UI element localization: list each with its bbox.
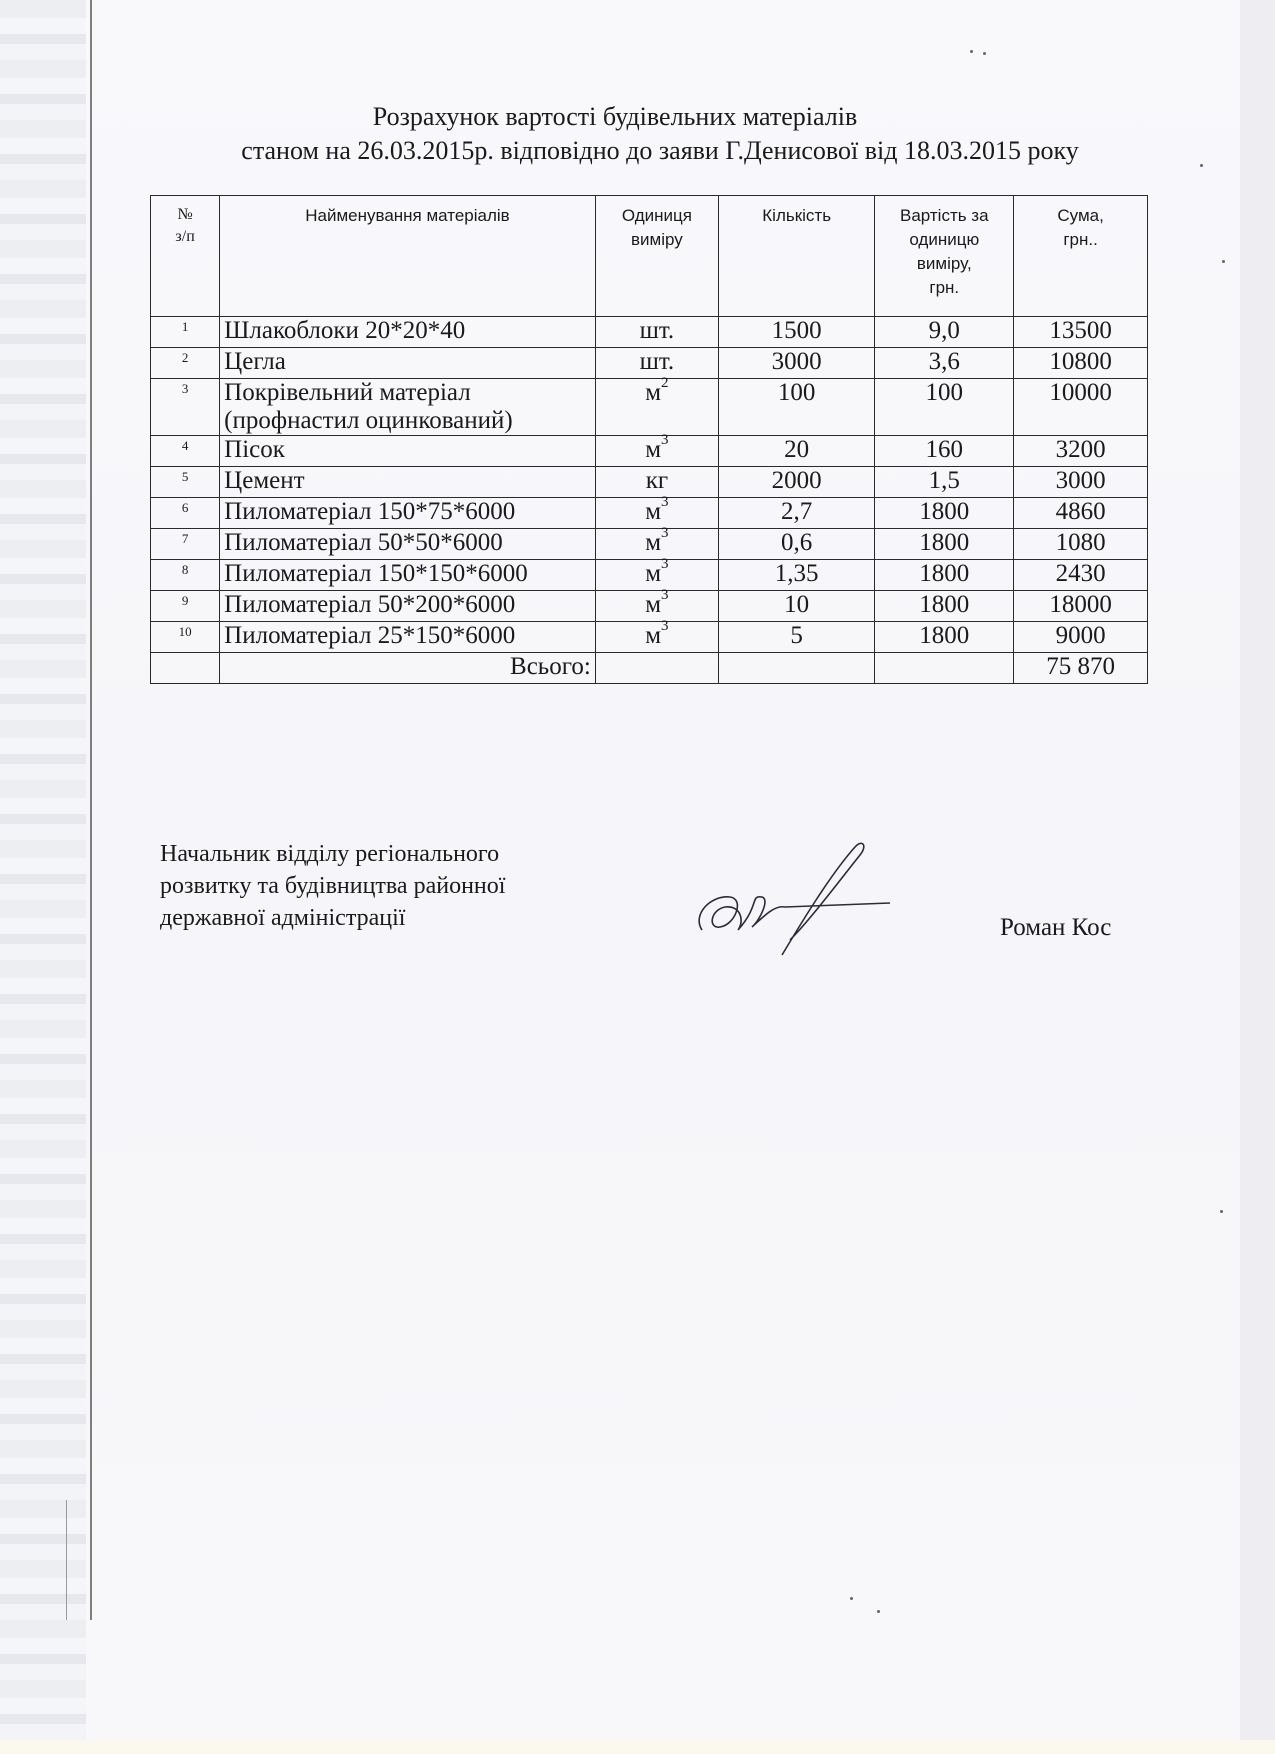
unit-price: 1800 [875,529,1014,560]
total-empty-cell [151,653,220,684]
header-quantity: Кількість [719,196,875,317]
unit-price: 1800 [875,591,1014,622]
row-number: 2 [151,348,220,379]
unit-price: 1800 [875,560,1014,591]
row-sum: 2430 [1014,560,1148,591]
table-row: 10Пиломатеріал 25*150*6000м3518009000 [151,622,1148,653]
total-label: Всього: [220,653,596,684]
material-name: Пиломатеріал 150*75*6000 [220,498,596,529]
unit-price: 9,0 [875,317,1014,348]
unit-of-measure: м3 [595,560,718,591]
total-empty-cell [875,653,1014,684]
scan-bottom-margin [0,1740,1275,1754]
row-number: 3 [151,379,220,436]
row-number: 9 [151,591,220,622]
row-number: 7 [151,529,220,560]
scan-speck [877,1610,880,1613]
unit-of-measure: м3 [595,436,718,467]
row-sum: 3000 [1014,467,1148,498]
table-row: 6Пиломатеріал 150*75*6000м32,718004860 [151,498,1148,529]
signatory-position: Начальник відділу регіонального розвитку… [160,838,620,934]
quantity: 2,7 [719,498,875,529]
quantity: 2000 [719,467,875,498]
row-number: 6 [151,498,220,529]
scan-speck [983,52,986,55]
material-name: Пісок [220,436,596,467]
quantity: 100 [719,379,875,436]
row-sum: 18000 [1014,591,1148,622]
header-sum: Сума, грн.. [1014,196,1148,317]
table-header-row: № з/п Найменування матеріалів Одиниця ви… [151,196,1148,317]
document-title: Розрахунок вартості будівельних матеріал… [190,102,1040,132]
unit-price: 1800 [875,622,1014,653]
material-name: Пиломатеріал 150*150*6000 [220,560,596,591]
table-row: 2Цеглашт.30003,610800 [151,348,1148,379]
quantity: 3000 [719,348,875,379]
scan-left-margin [0,0,86,1754]
signatory-name: Роман Кос [1000,914,1111,942]
unit-of-measure: м2 [595,379,718,436]
row-sum: 13500 [1014,317,1148,348]
handwritten-signature [690,835,910,965]
table-body: 1Шлакоблоки 20*20*40шт.15009,0135002Цегл… [151,317,1148,653]
row-number: 5 [151,467,220,498]
quantity: 1,35 [719,560,875,591]
total-value: 75 870 [1014,653,1148,684]
material-name: Шлакоблоки 20*20*40 [220,317,596,348]
row-number: 1 [151,317,220,348]
unit-price: 1,5 [875,467,1014,498]
unit-of-measure: м3 [595,498,718,529]
unit-of-measure: шт. [595,317,718,348]
unit-price: 3,6 [875,348,1014,379]
quantity: 10 [719,591,875,622]
material-name: Пиломатеріал 50*200*6000 [220,591,596,622]
row-sum: 10800 [1014,348,1148,379]
row-sum: 10000 [1014,379,1148,436]
scan-binding-mark [66,1500,67,1620]
unit-of-measure: м3 [595,591,718,622]
row-number: 8 [151,560,220,591]
scan-speck [1220,1210,1223,1213]
total-empty-cell [719,653,875,684]
materials-table: № з/п Найменування матеріалів Одиниця ви… [150,195,1148,684]
unit-of-measure: м3 [595,622,718,653]
document-subtitle: станом на 26.03.2015р. відповідно до зая… [180,136,1140,166]
header-unit: Одиниця виміру [595,196,718,317]
row-number: 10 [151,622,220,653]
unit-of-measure: шт. [595,348,718,379]
header-no: № з/п [151,196,220,317]
row-sum: 1080 [1014,529,1148,560]
scan-right-margin [1240,0,1275,1754]
table-row: 9Пиломатеріал 50*200*6000м310180018000 [151,591,1148,622]
scan-speck [1222,260,1225,263]
unit-of-measure: м3 [595,529,718,560]
scan-speck [1200,164,1203,167]
scan-binding-line [90,0,92,1620]
unit-price: 100 [875,379,1014,436]
material-name: Пиломатеріал 25*150*6000 [220,622,596,653]
unit-of-measure: кг [595,467,718,498]
table-row: 1Шлакоблоки 20*20*40шт.15009,013500 [151,317,1148,348]
table-row: 8Пиломатеріал 150*150*6000м31,3518002430 [151,560,1148,591]
total-row: Всього: 75 870 [151,653,1148,684]
quantity: 5 [719,622,875,653]
header-unit-price: Вартість за одиницю виміру, грн. [875,196,1014,317]
table-row: 5Цементкг20001,53000 [151,467,1148,498]
quantity: 1500 [719,317,875,348]
total-empty-cell [595,653,718,684]
material-name: Пиломатеріал 50*50*6000 [220,529,596,560]
material-name: Цегла [220,348,596,379]
scan-speck [850,1597,853,1600]
table-row: 4Пісокм3201603200 [151,436,1148,467]
material-name: Цемент [220,467,596,498]
table-row: 3Покрівельний матеріал(профнастил оцинко… [151,379,1148,436]
unit-price: 1800 [875,498,1014,529]
table-row: 7Пиломатеріал 50*50*6000м30,618001080 [151,529,1148,560]
scan-speck [970,50,973,53]
row-number: 4 [151,436,220,467]
row-sum: 3200 [1014,436,1148,467]
material-name: Покрівельний матеріал(профнастил оцинков… [220,379,596,436]
row-sum: 9000 [1014,622,1148,653]
unit-price: 160 [875,436,1014,467]
row-sum: 4860 [1014,498,1148,529]
quantity: 0,6 [719,529,875,560]
quantity: 20 [719,436,875,467]
header-name: Найменування матеріалів [220,196,596,317]
